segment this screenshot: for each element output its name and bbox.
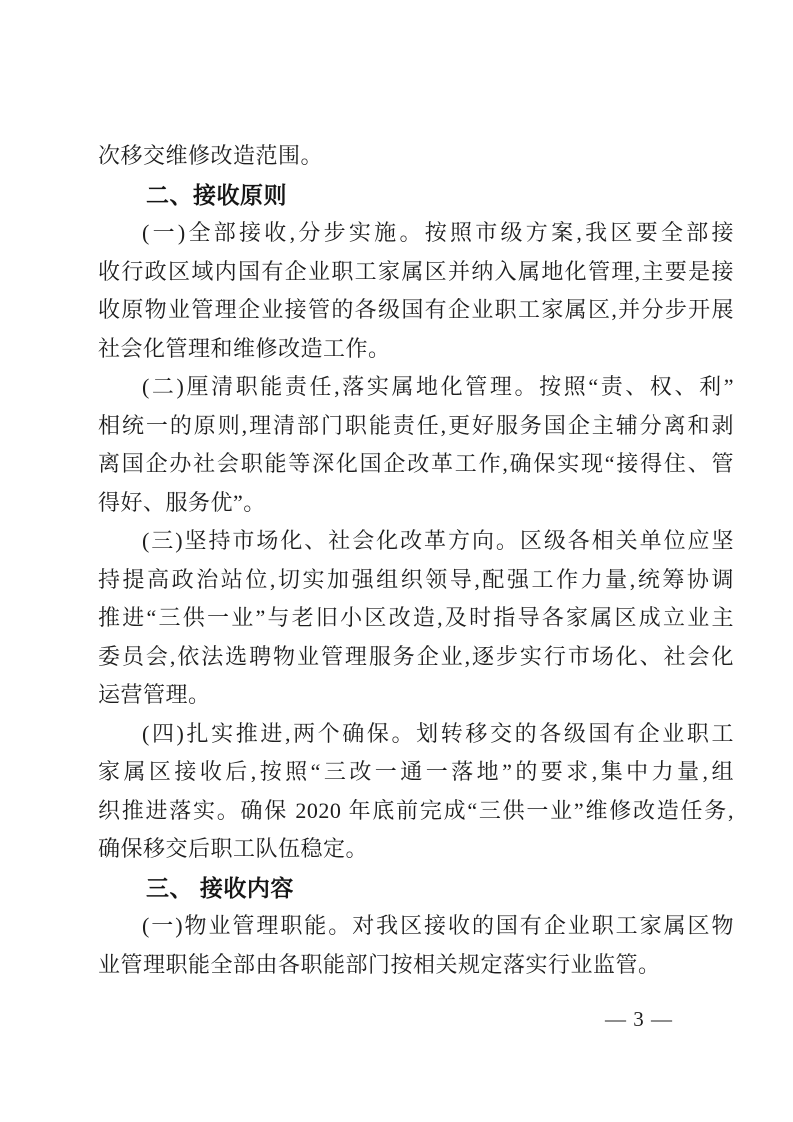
section-heading: 三、 接收内容: [98, 869, 734, 908]
body-line: 业管理职能全部由各职能部门按相关规定落实行业监管。: [98, 946, 734, 985]
section-heading: 二、接收原则: [98, 176, 734, 215]
body-line: 委员会,依法选聘物业管理服务企业,逐步实行市场化、社会化: [98, 638, 734, 677]
document-page: 次移交维修改造范围。 二、接收原则 (一)全部接收,分步实施。按照市级方案,我区…: [0, 0, 793, 1122]
body-line: 家属区接收后,按照“三改一通一落地”的要求,集中力量,组: [98, 753, 734, 792]
body-line: 织推进落实。确保 2020 年底前完成“三供一业”维修改造任务,: [98, 792, 734, 831]
body-line: (一)全部接收,分步实施。按照市级方案,我区要全部接: [98, 214, 734, 253]
page-number: — 3 —: [605, 1005, 673, 1033]
body-line: 运营管理。: [98, 676, 734, 715]
body-line: 离国企办社会职能等深化国企改革工作,确保实现“接得住、管: [98, 445, 734, 484]
continuation-line: 次移交维修改造范围。: [98, 137, 734, 176]
body-line: 收行政区域内国有企业职工家属区并纳入属地化管理,主要是接: [98, 253, 734, 292]
body-line: 持提高政治站位,切实加强组织领导,配强工作力量,统筹协调: [98, 561, 734, 600]
body-line: 社会化管理和维修改造工作。: [98, 330, 734, 369]
body-line: 确保移交后职工队伍稳定。: [98, 830, 734, 869]
body-line: (二)厘清职能责任,落实属地化管理。按照“责、权、利”: [98, 368, 734, 407]
body-line: (四)扎实推进,两个确保。划转移交的各级国有企业职工: [98, 715, 734, 754]
body-line: 推进“三供一业”与老旧小区改造,及时指导各家属区成立业主: [98, 599, 734, 638]
body-line: 收原物业管理企业接管的各级国有企业职工家属区,并分步开展: [98, 291, 734, 330]
body-line: (一)物业管理职能。对我区接收的国有企业职工家属区物: [98, 907, 734, 946]
document-body: 次移交维修改造范围。 二、接收原则 (一)全部接收,分步实施。按照市级方案,我区…: [98, 137, 734, 984]
body-line: 相统一的原则,理清部门职能责任,更好服务国企主辅分离和剥: [98, 407, 734, 446]
body-line: (三)坚持市场化、社会化改革方向。区级各相关单位应坚: [98, 522, 734, 561]
body-line: 得好、服务优”。: [98, 484, 734, 523]
